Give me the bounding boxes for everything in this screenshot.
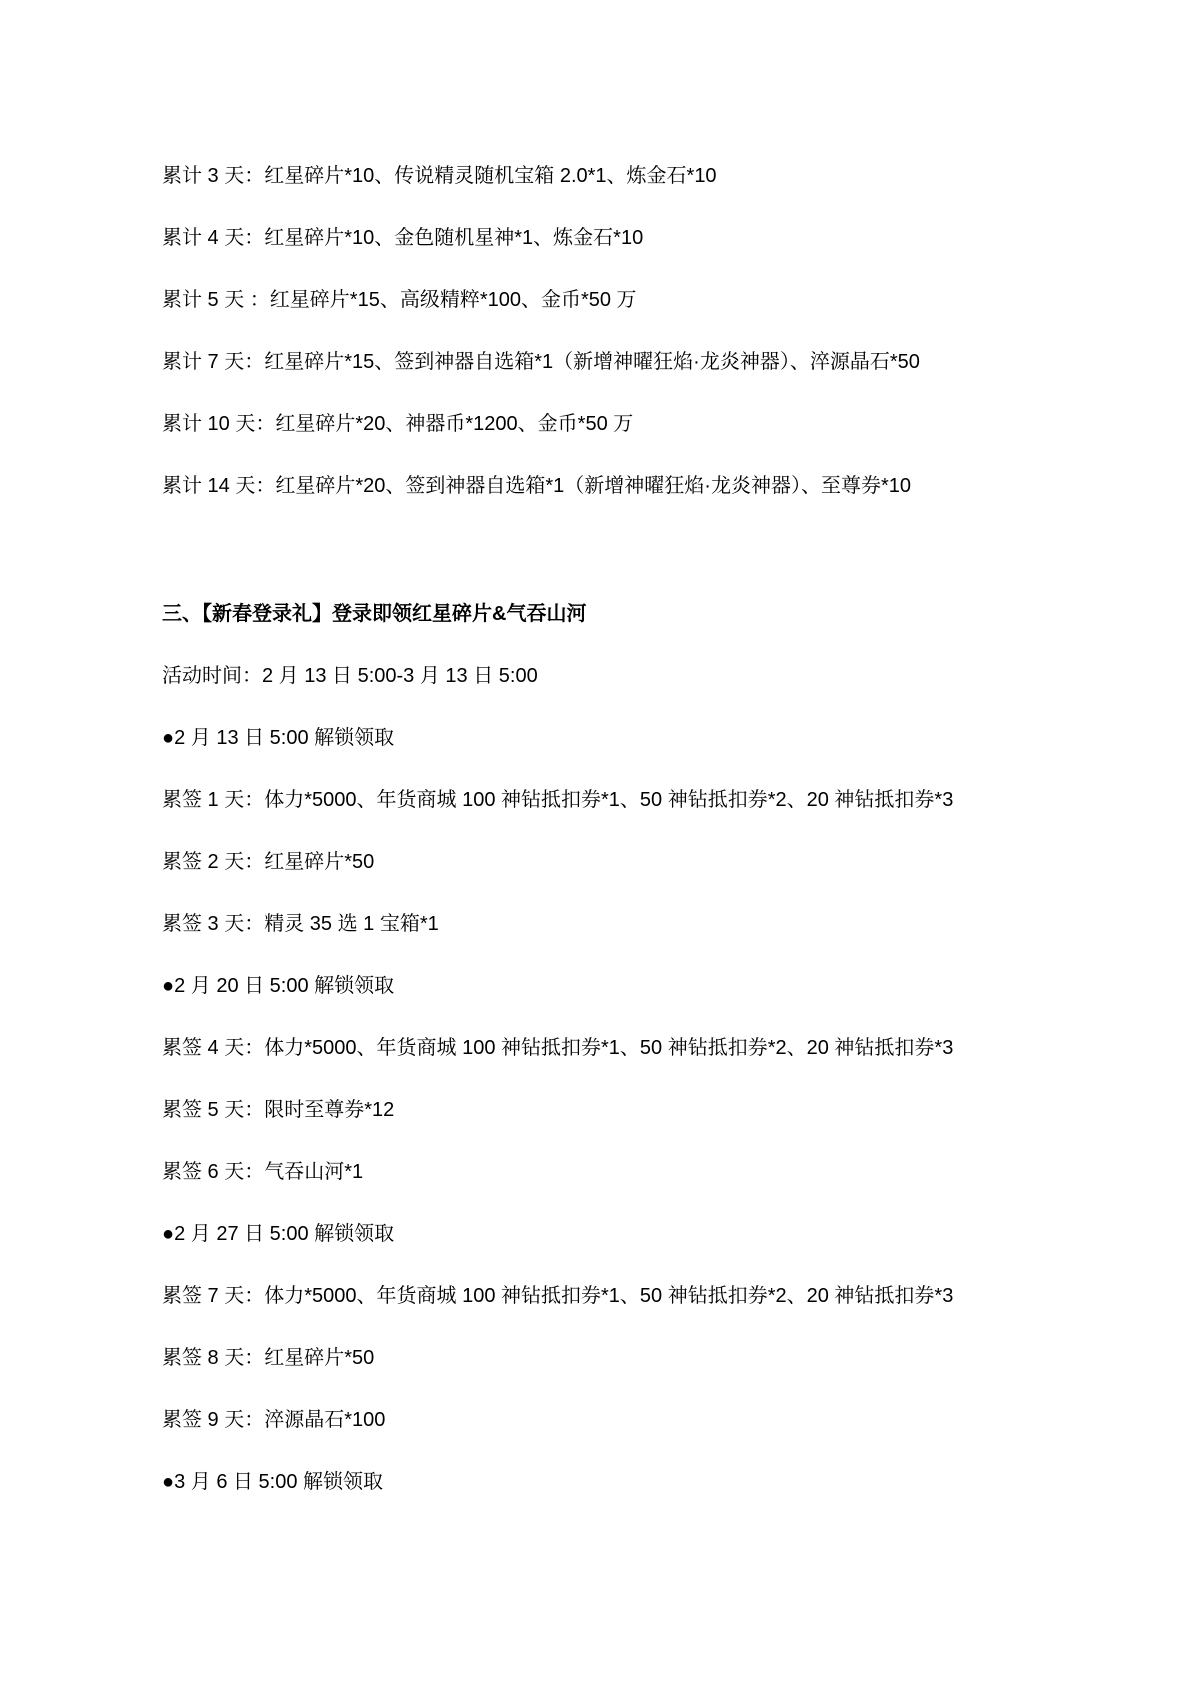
cumulative-reward-line-day10: 累计 10 天：红星碎片*20、神器币*1200、金币*50 万 <box>162 393 1110 455</box>
signin-reward-line-day6: 累签 6 天：气吞山河*1 <box>162 1141 1110 1203</box>
unlock-date-bullet-mar6: ●3 月 6 日 5:00 解锁领取 <box>162 1451 1110 1513</box>
section-heading-new-year-login-gift: 三、【新春登录礼】登录即领红星碎片&气吞山河 <box>162 583 1110 645</box>
signin-reward-line-day7: 累签 7 天：体力*5000、年货商城 100 神钻抵扣券*1、50 神钻抵扣券… <box>162 1265 1110 1327</box>
cumulative-reward-line-day5: 累计 5 天 ：红星碎片*15、高级精粹*100、金币*50 万 <box>162 269 1110 331</box>
signin-reward-line-day2: 累签 2 天：红星碎片*50 <box>162 831 1110 893</box>
unlock-date-bullet-feb27: ●2 月 27 日 5:00 解锁领取 <box>162 1203 1110 1265</box>
signin-reward-line-day5: 累签 5 天：限时至尊券*12 <box>162 1079 1110 1141</box>
activity-time-line: 活动时间：2 月 13 日 5:00-3 月 13 日 5:00 <box>162 645 1110 707</box>
unlock-date-bullet-feb13: ●2 月 13 日 5:00 解锁领取 <box>162 707 1110 769</box>
cumulative-reward-line-day4: 累计 4 天：红星碎片*10、金色随机星神*1、炼金石*10 <box>162 207 1110 269</box>
document-page: 累计 3 天：红星碎片*10、传说精灵随机宝箱 2.0*1、炼金石*10 累计 … <box>0 0 1190 1683</box>
signin-reward-line-day4: 累签 4 天：体力*5000、年货商城 100 神钻抵扣券*1、50 神钻抵扣券… <box>162 1017 1110 1079</box>
signin-reward-line-day3: 累签 3 天：精灵 35 选 1 宝箱*1 <box>162 893 1110 955</box>
signin-reward-line-day9: 累签 9 天：淬源晶石*100 <box>162 1389 1110 1451</box>
signin-reward-line-day8: 累签 8 天：红星碎片*50 <box>162 1327 1110 1389</box>
cumulative-reward-line-day7: 累计 7 天：红星碎片*15、签到神器自选箱*1（新增神曜狂焰·龙炎神器）、淬源… <box>162 331 1110 393</box>
signin-reward-line-day1: 累签 1 天：体力*5000、年货商城 100 神钻抵扣券*1、50 神钻抵扣券… <box>162 769 1110 831</box>
unlock-date-bullet-feb20: ●2 月 20 日 5:00 解锁领取 <box>162 955 1110 1017</box>
cumulative-reward-line-day14: 累计 14 天：红星碎片*20、签到神器自选箱*1（新增神曜狂焰·龙炎神器）、至… <box>162 455 1110 517</box>
cumulative-reward-line-day3: 累计 3 天：红星碎片*10、传说精灵随机宝箱 2.0*1、炼金石*10 <box>162 145 1110 207</box>
